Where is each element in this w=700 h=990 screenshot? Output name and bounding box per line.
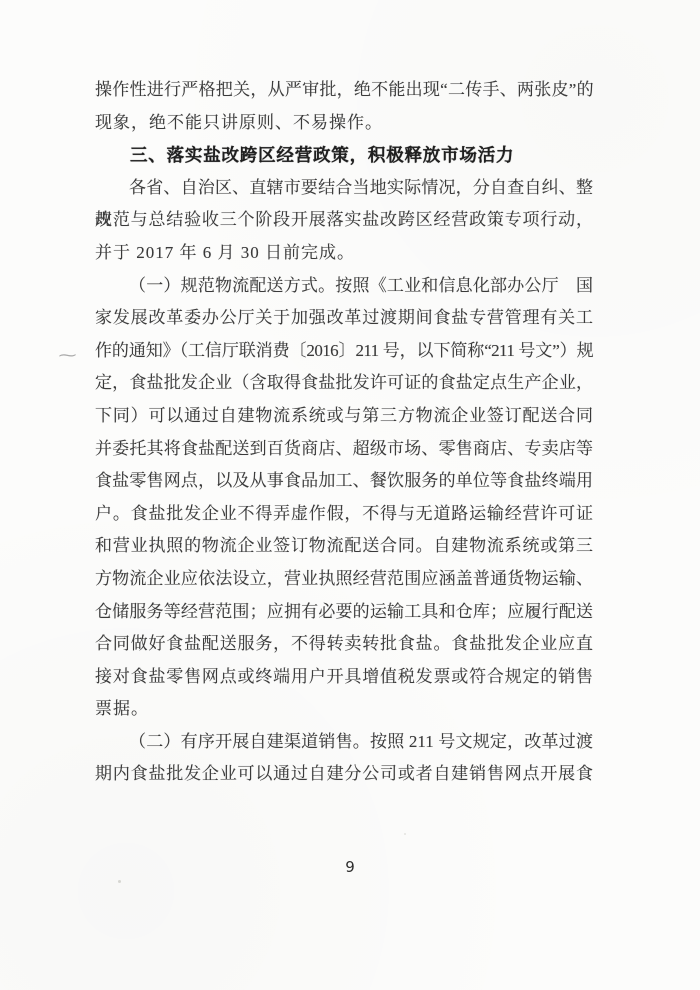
text-line: 并委托其将食盐配送到百货商店、超级市场、零售商店、专卖店等 [95,433,593,466]
section-heading: 三、落实盐改跨区经营政策，积极释放市场活力 [95,139,593,172]
text-line: 票据。 [95,693,593,726]
text-line: （二）有序开展自建渠道销售。按照 211 号文规定，改革过渡 [95,726,593,759]
page-number: 9 [0,858,700,876]
text-line: 家发展改革委办公厅关于加强改革过渡期间食盐专营管理有关工 [95,302,593,335]
scan-artifact-speck [404,833,406,835]
text-block: 操作性进行严格把关，从严审批，绝不能出现“二传手、两张皮”的现象，绝不能只讲原则… [95,74,593,791]
text-line: 下同）可以通过自建物流系统或与第三方物流企业签订配送合同 [95,400,593,433]
scan-artifact-mark: ⁓ [59,346,77,365]
text-line: 仓储服务等经营范围；应拥有必要的运输工具和仓库；应履行配送 [95,596,593,629]
text-line: 合同做好食盐配送服务，不得转卖转批食盐。食盐批发企业应直 [95,628,593,661]
text-line: 作的通知》（工信厅联消费〔2016〕211 号，以下简称“211 号文”）规 [95,335,593,368]
text-line: 方物流企业应依法设立，营业执照经营范围应涵盖普通货物运输、 [95,563,593,596]
text-line: 现象，绝不能只讲原则、不易操作。 [95,107,593,140]
text-line: 和营业执照的物流企业签订物流配送合同。自建物流系统或第三 [95,530,593,563]
text-line: 接对食盐零售网点或终端用户开具增值税发票或符合规定的销售 [95,661,593,694]
text-line: 并于 2017 年 6 月 30 日前完成。 [95,237,593,270]
text-line: 户。食盐批发企业不得弄虚作假，不得与无道路运输经营许可证 [95,498,593,531]
text-line: 期内食盐批发企业可以通过自建分公司或者自建销售网点开展食 [95,758,593,791]
text-line: 规范与总结验收三个阶段开展落实盐改跨区经营政策专项行动， [95,204,593,237]
text-line: 操作性进行严格把关，从严审批，绝不能出现“二传手、两张皮”的 [95,74,593,107]
text-line: 各省、自治区、直辖市要结合当地实际情况，分自查自纠、整改 [95,172,593,205]
scan-artifact-speck [118,880,121,883]
text-line: （一）规范物流配送方式。按照《工业和信息化部办公厅 国 [95,270,593,303]
document-page: 操作性进行严格把关，从严审批，绝不能出现“二传手、两张皮”的现象，绝不能只讲原则… [0,0,700,990]
text-line: 定，食盐批发企业（含取得食盐批发许可证的食盐定点生产企业， [95,367,593,400]
text-line: 食盐零售网点，以及从事食品加工、餐饮服务的单位等食盐终端用 [95,465,593,498]
